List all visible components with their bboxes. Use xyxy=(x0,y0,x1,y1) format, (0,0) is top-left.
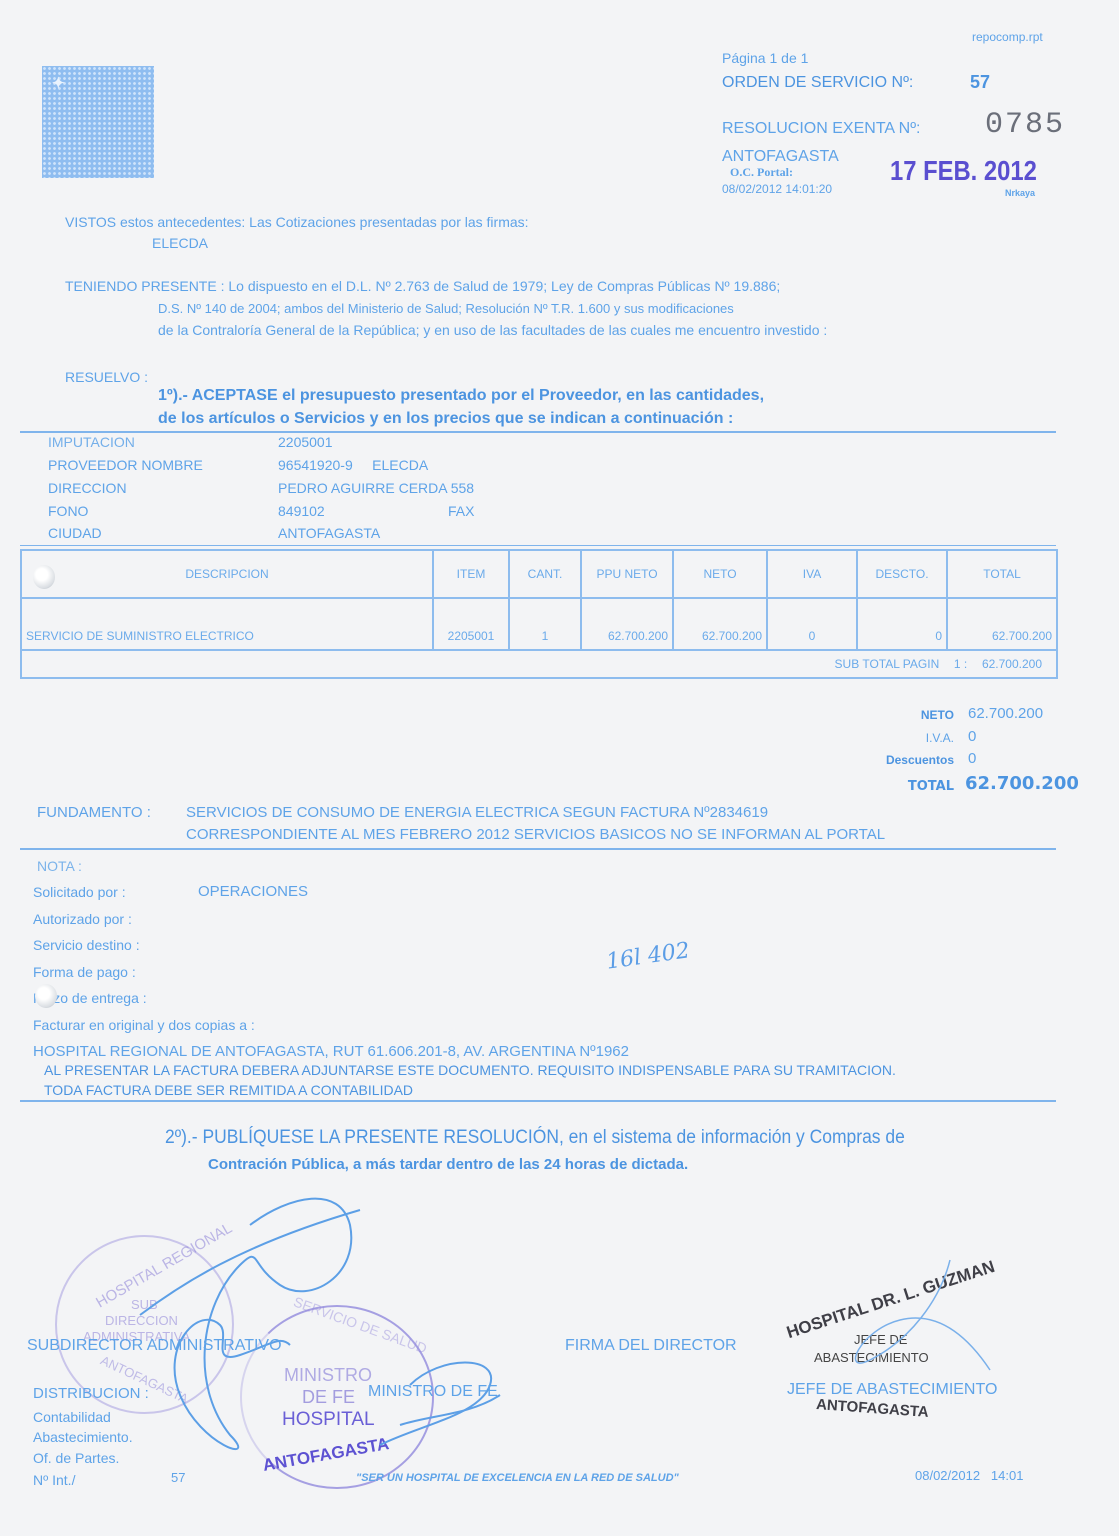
teniendo-line-3: de la Contraloría General de la Repúblic… xyxy=(158,322,827,338)
jefe-signature-label: JEFE DE ABASTECIMIENTO xyxy=(787,1381,997,1399)
logo-emblem-icon: ✦ xyxy=(52,74,66,92)
items-table: DESCRIPCION ITEM CANT. PPU NETO NETO IVA… xyxy=(20,549,1058,679)
total-value: 62.700.200 xyxy=(965,773,1079,794)
cell-neto: 62.700.200 xyxy=(673,598,767,650)
descuentos-value: 0 xyxy=(968,750,976,767)
field-label-fono: FONO xyxy=(48,503,88,519)
stamp-initials: Nrkaya xyxy=(1005,188,1035,198)
descuentos-label: Descuentos xyxy=(886,753,954,767)
vistos-text: VISTOS estos antecedentes: Las Cotizacio… xyxy=(65,214,529,230)
subtotal-label: SUB TOTAL PAGIN xyxy=(835,657,940,671)
cell-iva: 0 xyxy=(767,598,857,650)
resuelvo-line-1: 1º).- ACEPTASE el presupuesto presentado… xyxy=(158,387,764,405)
iva-label: I.V.A. xyxy=(926,731,954,745)
internal-number-value: 57 xyxy=(171,1470,185,1485)
fundamento-line-2: CORRESPONDIENTE AL MES FEBRERO 2012 SERV… xyxy=(186,826,885,843)
nota-label: NOTA : xyxy=(37,858,82,874)
page-indicator: Página 1 de 1 xyxy=(722,50,808,66)
col-header-item: ITEM xyxy=(433,550,509,598)
cell-item: 2205001 xyxy=(433,598,509,650)
publish-line-1: 2º).- PUBLÍQUESE LA PRESENTE RESOLUCIÓN,… xyxy=(165,1127,905,1149)
resuelvo-label: RESUELVO : xyxy=(65,369,148,385)
distribution-item: Of. de Partes. xyxy=(33,1450,119,1466)
field-value-ciudad: ANTOFAGASTA xyxy=(278,525,380,541)
field-label-ciudad: CIUDAD xyxy=(48,525,102,541)
header-city: ANTOFAGASTA xyxy=(722,148,839,166)
field-value-proveedor: 96541920-9 ELECDA xyxy=(278,457,428,473)
distribution-item: Contabilidad xyxy=(33,1409,111,1425)
billing-address: HOSPITAL REGIONAL DE ANTOFAGASTA, RUT 61… xyxy=(33,1043,629,1060)
received-date-stamp: 17 FEB. 2012 xyxy=(890,155,1037,187)
field-value-fono: 849102 xyxy=(278,503,325,519)
table-row: SERVICIO DE SUMINISTRO ELECTRICO 2205001… xyxy=(21,598,1057,650)
table-header-row: DESCRIPCION ITEM CANT. PPU NETO NETO IVA… xyxy=(21,550,1057,598)
total-label: TOTAL xyxy=(908,779,954,794)
cell-total: 62.700.200 xyxy=(947,598,1057,650)
field-label-fax: FAX xyxy=(448,503,474,519)
distribution-label: DISTRIBUCION : xyxy=(33,1385,149,1402)
report-filename: repocomp.rpt xyxy=(972,30,1043,44)
cell-descto: 0 xyxy=(857,598,947,650)
oc-portal-datetime: 08/02/2012 14:01:20 xyxy=(722,182,832,196)
facturar-label: Facturar en original y dos copias a : xyxy=(33,1017,255,1033)
field-label-imputacion: IMPUTACION xyxy=(48,434,135,450)
invoice-warning-2: TODA FACTURA DEBE SER REMITIDA A CONTABI… xyxy=(44,1082,413,1098)
punch-hole xyxy=(35,984,57,1008)
autorizado-label: Autorizado por : xyxy=(33,911,132,927)
footer-slogan: "SER UN HOSPITAL DE EXCELENCIA EN LA RED… xyxy=(356,1472,679,1484)
fundamento-line-1: SERVICIOS DE CONSUMO DE ENERGIA ELECTRIC… xyxy=(186,804,768,821)
teniendo-line-1: TENIENDO PRESENTE : Lo dispuesto en el D… xyxy=(65,278,780,294)
vistos-firm: ELECDA xyxy=(152,235,208,251)
col-header-descripcion: DESCRIPCION xyxy=(21,550,433,598)
cell-descripcion: SERVICIO DE SUMINISTRO ELECTRICO xyxy=(21,598,433,650)
footer-datetime: 08/02/2012 14:01 xyxy=(915,1468,1023,1483)
col-header-total: TOTAL xyxy=(947,550,1057,598)
forma-pago-label: Forma de pago : xyxy=(33,964,136,980)
neto-label: NETO xyxy=(921,708,954,722)
subtotal-page: 1 : xyxy=(943,657,979,671)
col-header-descto: DESCTO. xyxy=(857,550,947,598)
col-header-cant: CANT. xyxy=(509,550,581,598)
field-value-direccion: PEDRO AGUIRRE CERDA 558 xyxy=(278,480,474,496)
oc-portal-label: O.C. Portal: xyxy=(730,165,793,180)
iva-value: 0 xyxy=(968,728,976,745)
solicitado-value: OPERACIONES xyxy=(198,883,308,900)
resolution-label: RESOLUCION EXENTA Nº: xyxy=(722,120,920,138)
subtotal-row: SUB TOTAL PAGIN 1 : 62.700.200 xyxy=(21,650,1057,678)
punch-hole xyxy=(33,565,55,589)
resuelvo-line-2: de los artículos o Servicios y en los pr… xyxy=(158,410,733,428)
col-header-neto: NETO xyxy=(673,550,767,598)
handwritten-note: 16l 402 xyxy=(605,938,692,974)
order-label: ORDEN DE SERVICIO Nº: xyxy=(722,74,913,92)
section-divider xyxy=(20,431,1056,433)
neto-value: 62.700.200 xyxy=(968,705,1043,722)
cell-ppu-neto: 62.700.200 xyxy=(581,598,673,650)
signature-scribble xyxy=(80,1185,520,1485)
col-header-iva: IVA xyxy=(767,550,857,598)
subdirector-signature-label: SUBDIRECTOR ADMINISTRATIVO xyxy=(27,1337,282,1355)
solicitado-label: Solicitado por : xyxy=(33,884,126,900)
internal-number-label: Nº Int./ xyxy=(33,1472,75,1488)
field-label-proveedor: PROVEEDOR NOMBRE xyxy=(48,457,203,473)
field-value-imputacion: 2205001 xyxy=(278,434,333,450)
teniendo-line-2: D.S. Nº 140 de 2004; ambos del Ministeri… xyxy=(158,301,734,316)
subtotal-value: 62.700.200 xyxy=(982,657,1042,671)
resolution-number: 0785 xyxy=(985,108,1065,142)
section-divider xyxy=(20,1100,1056,1102)
cell-cant: 1 xyxy=(509,598,581,650)
director-signature-label: FIRMA DEL DIRECTOR xyxy=(565,1337,737,1355)
section-divider xyxy=(20,545,1056,546)
publish-line-2: Contración Pública, a más tardar dentro … xyxy=(208,1156,688,1173)
order-number: 57 xyxy=(970,72,990,93)
servicio-destino-label: Servicio destino : xyxy=(33,937,140,953)
field-label-direccion: DIRECCION xyxy=(48,480,127,496)
col-header-ppu-neto: PPU NETO xyxy=(581,550,673,598)
distribution-item: Abastecimiento. xyxy=(33,1429,133,1445)
section-divider xyxy=(20,848,1056,850)
invoice-warning-1: AL PRESENTAR LA FACTURA DEBERA ADJUNTARS… xyxy=(44,1062,896,1078)
fundamento-label: FUNDAMENTO : xyxy=(37,804,151,821)
ministro-signature-label: MINISTRO DE FE xyxy=(368,1383,498,1401)
